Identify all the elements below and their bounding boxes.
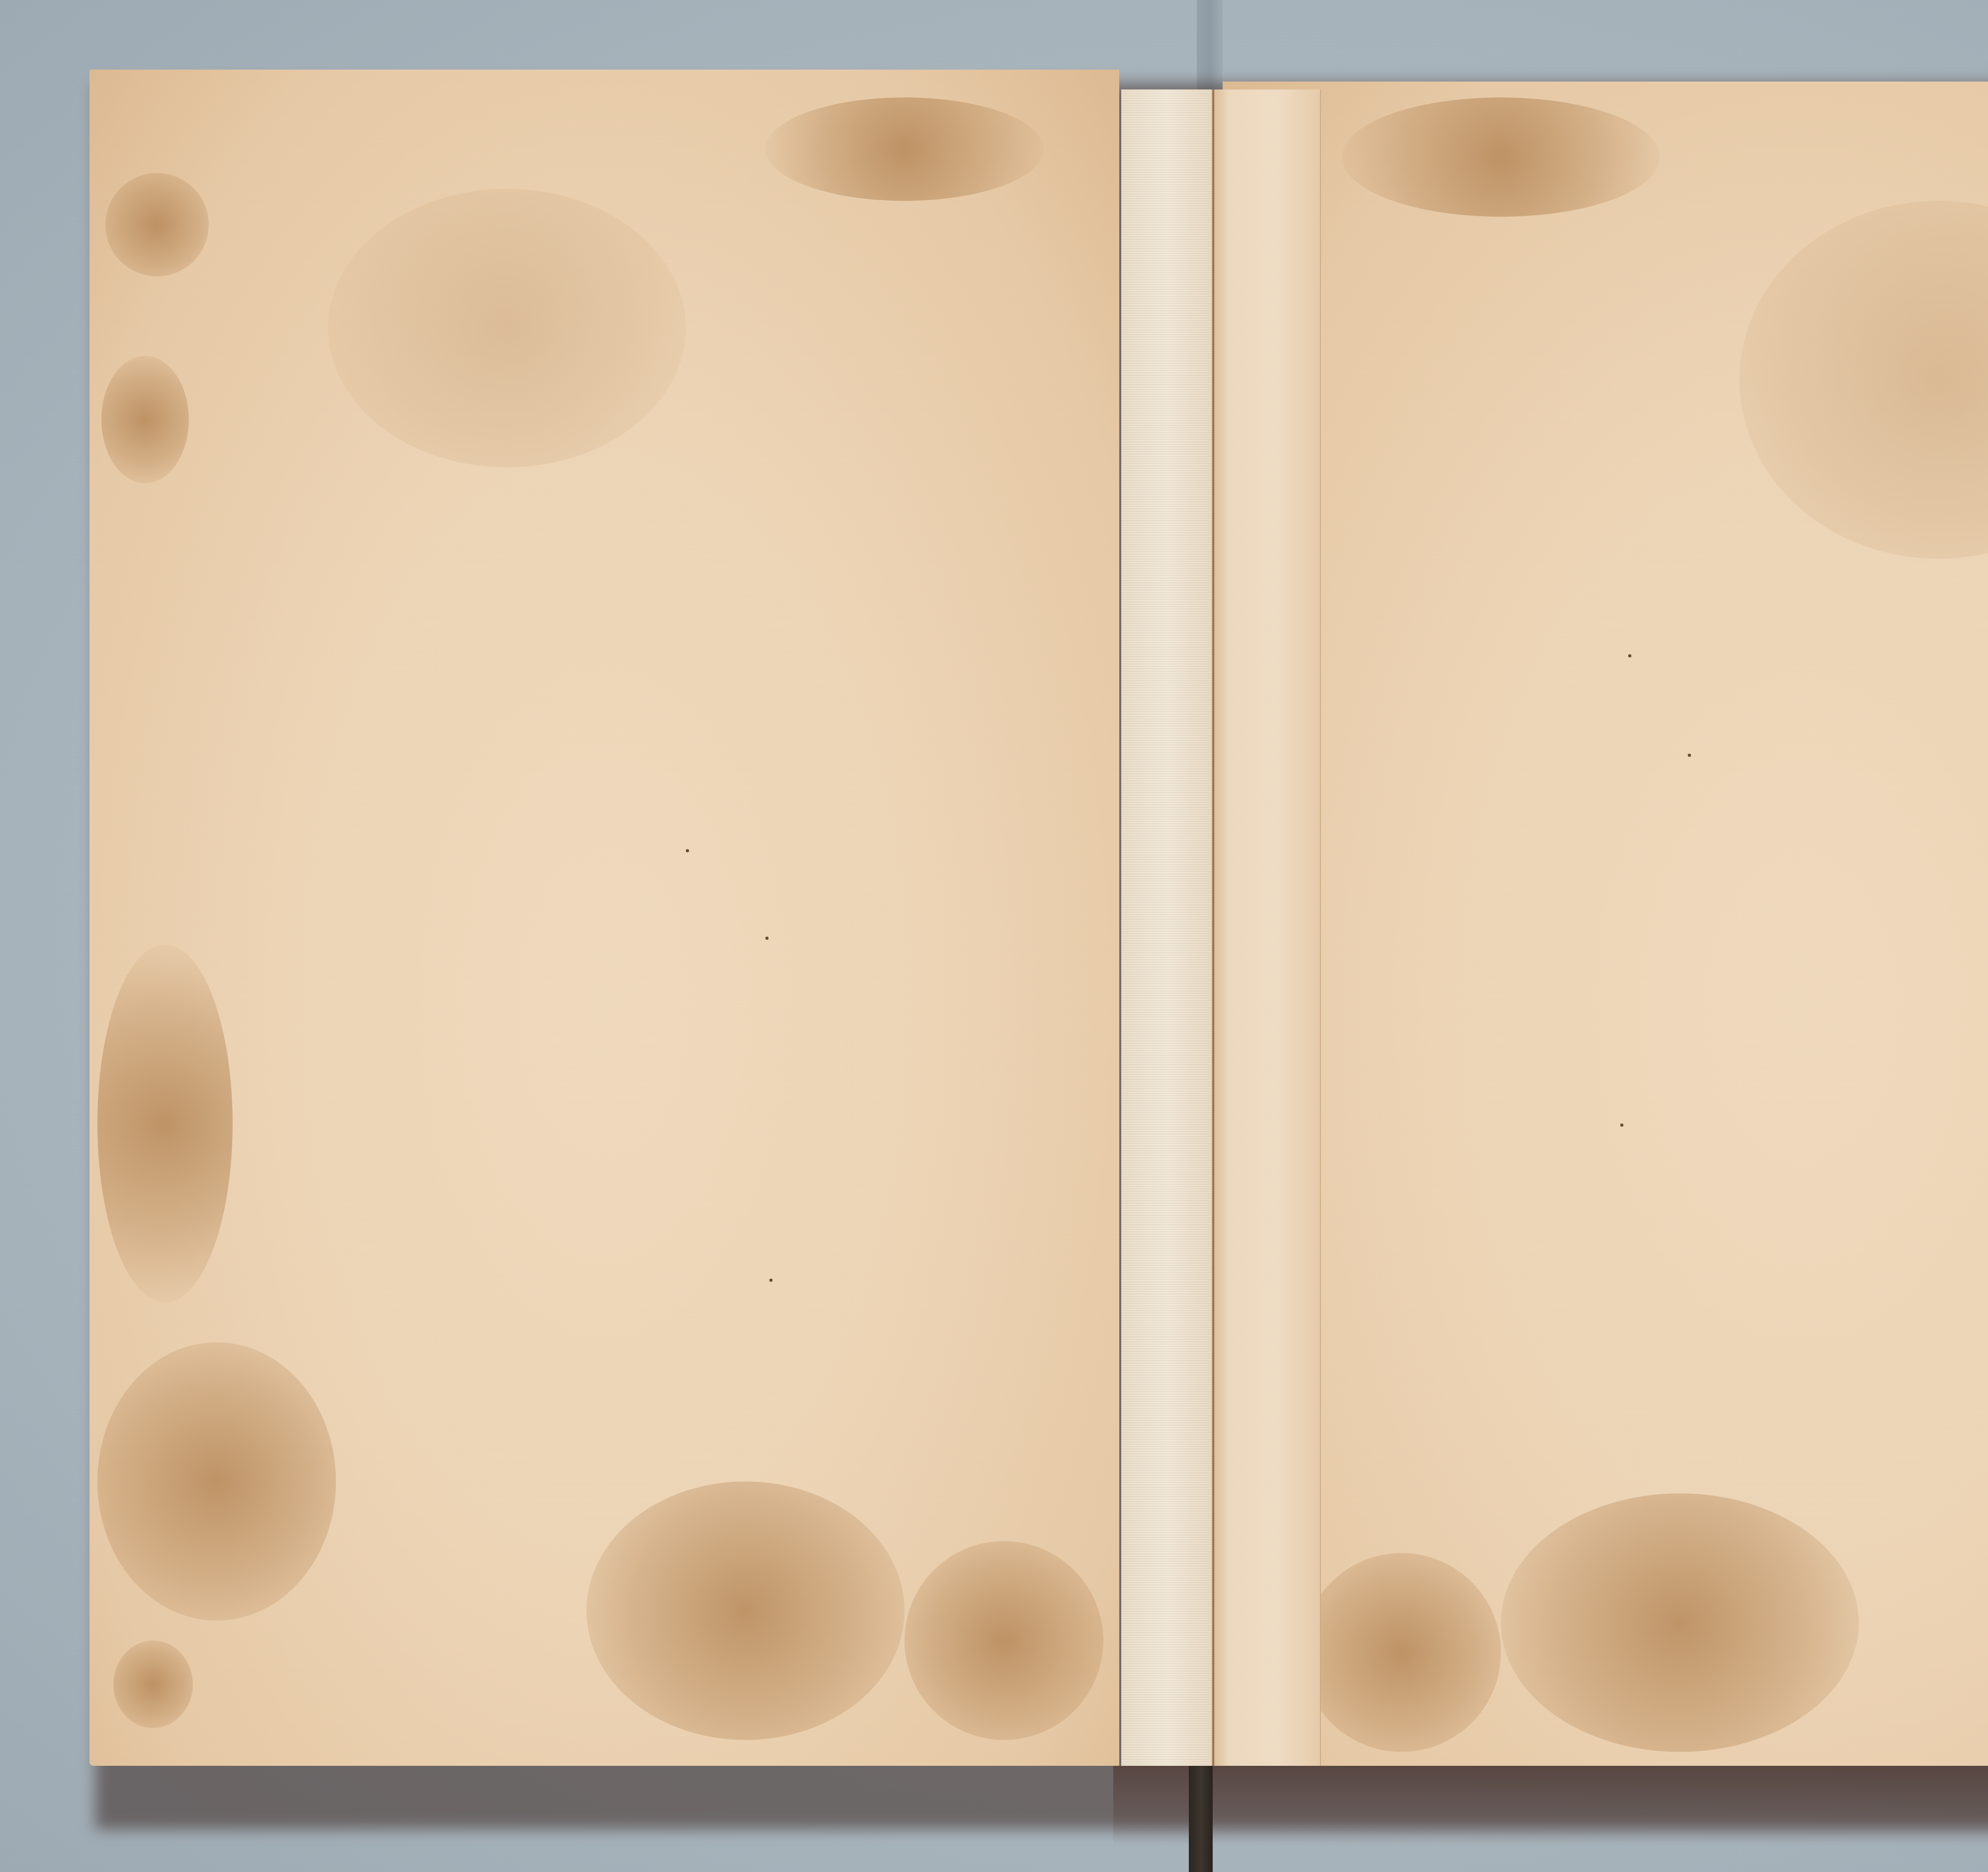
ribbon-bookmark[interactable] [1189,1766,1213,1872]
gutter-paper [1213,89,1321,1766]
stain [101,356,189,483]
stain [586,1481,905,1740]
stain [328,189,686,467]
stain [1739,201,1988,559]
gutter-fold [1212,89,1214,1766]
stain [1302,1553,1501,1752]
foxing-dot [1628,654,1631,657]
stain [1342,97,1660,217]
foxing-dot [1688,754,1691,757]
foxing-dot [1620,1124,1623,1127]
stain [905,1541,1103,1740]
stain [765,97,1044,201]
foxing-dot [686,849,689,852]
right-page [1223,82,1988,1766]
stain [97,1342,336,1621]
stain [113,1641,193,1728]
bottom-shadow [1113,1766,1988,1845]
stain [105,173,209,276]
cloth-hinge-strip [1121,89,1213,1766]
left-page [89,70,1119,1766]
foxing-dot [765,937,769,940]
stain [1501,1493,1859,1752]
foxing-dot [769,1279,773,1282]
stain [97,945,233,1302]
